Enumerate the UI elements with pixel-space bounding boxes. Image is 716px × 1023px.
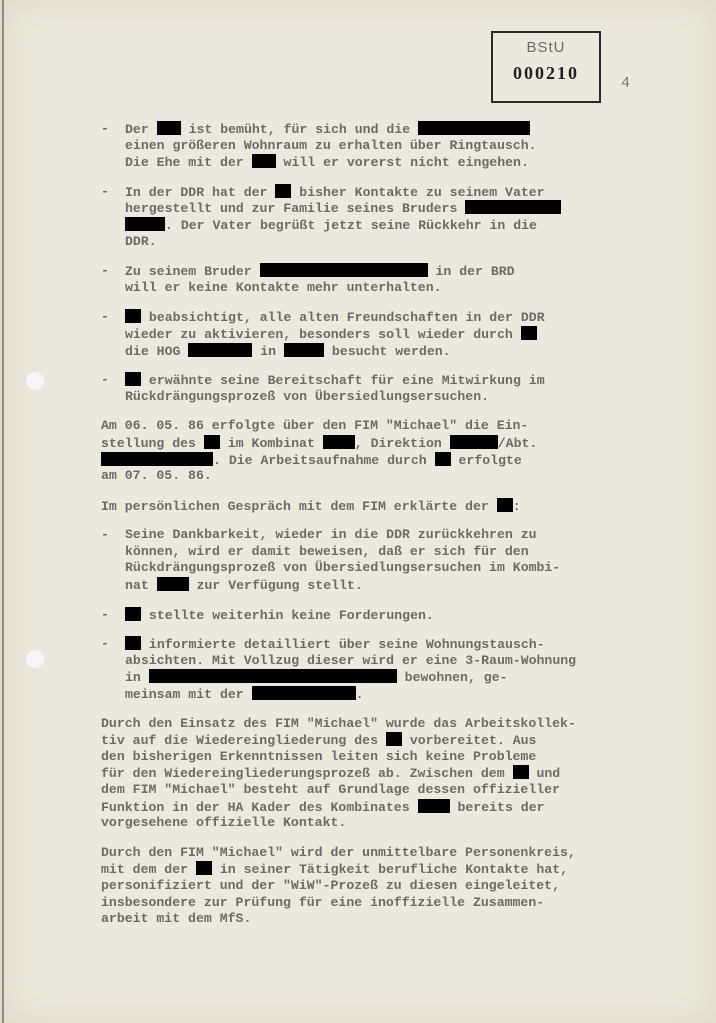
text-line: will er keine Kontakte mehr unterhalten. (125, 280, 641, 297)
redaction-block (386, 732, 402, 746)
text-line: vorgesehene offizielle Kontakt. (101, 815, 641, 832)
text-line: hergestellt und zur Familie seines Brude… (125, 200, 641, 217)
redaction-block (521, 326, 537, 340)
bullet-dash: - (101, 309, 109, 326)
stamp-archive-label: BStU (493, 39, 599, 56)
redaction-block (323, 435, 355, 449)
redaction-block (196, 861, 212, 875)
text-line: absichten. Mit Vollzug dieser wird er ei… (125, 653, 641, 670)
text-line: einen größeren Wohnraum zu erhalten über… (125, 138, 641, 155)
punch-hole (26, 372, 44, 390)
paragraph: Am 06. 05. 86 erfolgte über den FIM "Mic… (101, 418, 641, 484)
page-number: 4 (621, 75, 630, 92)
text-line: personifiziert und der "WiW"-Prozeß zu d… (101, 878, 641, 895)
punch-hole (26, 650, 44, 668)
text-line: . Der Vater begrüßt jetzt seine Rückkehr… (125, 217, 641, 234)
text-line: beabsichtigt, alle alten Freundschaften … (125, 309, 641, 326)
redaction-block (275, 184, 291, 198)
text-line: erwähnte seine Bereitschaft für eine Mit… (125, 372, 641, 389)
paragraph: Im persönlichen Gespräch mit dem FIM erk… (101, 498, 641, 515)
text-line: Funktion in der HA Kader des Kombinates … (101, 799, 641, 816)
redaction-block (125, 372, 141, 386)
text-line: Die Ehe mit der will er vorerst nicht ei… (125, 154, 641, 171)
text-line: in bewohnen, ge- (125, 669, 641, 686)
bullet-item: - informierte detailliert über seine Woh… (101, 636, 641, 702)
text-line: den bisherigen Erkenntnissen leiten sich… (101, 749, 641, 766)
redaction-block (125, 636, 141, 650)
text-line: Der ist bemüht, für sich und die (125, 121, 641, 138)
paragraph: Durch den FIM "Michael" wird der unmitte… (101, 845, 641, 928)
redaction-block (450, 435, 498, 449)
text-line: arbeit mit dem MfS. (101, 911, 641, 928)
redaction-block (157, 577, 189, 591)
bullet-item: -Seine Dankbarkeit, wieder in die DDR zu… (101, 527, 641, 593)
text-line: wieder zu aktivieren, besonders soll wie… (125, 326, 641, 343)
text-line: In der DDR hat der bisher Kontakte zu se… (125, 184, 641, 201)
text-line: . Die Arbeitsaufnahme durch erfolgte (101, 452, 641, 469)
redaction-block (260, 263, 428, 277)
text-line: können, wird er damit beweisen, daß er s… (125, 544, 641, 561)
text-line: Rückdrängungsprozeß von Übersiedlungsers… (125, 389, 641, 406)
redaction-block (101, 452, 213, 466)
text-line: nat zur Verfügung stellt. (125, 577, 641, 594)
bullet-dash: - (101, 372, 109, 389)
redaction-block (513, 765, 529, 779)
archive-stamp: BStU 000210 (491, 31, 601, 103)
text-line: für den Wiedereingliederungsprozeß ab. Z… (101, 765, 641, 782)
redaction-block (157, 121, 181, 135)
bullet-dash: - (101, 121, 109, 138)
text-line: Im persönlichen Gespräch mit dem FIM erk… (101, 498, 641, 515)
text-line: meinsam mit der . (125, 686, 641, 703)
redaction-block (125, 309, 141, 323)
text-line: die HOG in besucht werden. (125, 343, 641, 360)
redaction-block (149, 669, 397, 683)
redaction-block (188, 343, 252, 357)
text-line: Rückdrängungsprozeß von Übersiedlungsers… (125, 560, 641, 577)
redaction-block (125, 607, 141, 621)
stamp-number: 000210 (493, 63, 599, 84)
text-line: informierte detailliert über seine Wohnu… (125, 636, 641, 653)
redaction-block (435, 452, 451, 466)
redaction-block (252, 154, 276, 168)
redaction-block (497, 498, 513, 512)
paragraph: Durch den Einsatz des FIM "Michael" wurd… (101, 716, 641, 832)
bullet-dash: - (101, 184, 109, 201)
text-line: mit dem der in seiner Tätigkeit beruflic… (101, 861, 641, 878)
document-page: BStU 000210 4 -Der ist bemüht, für sich … (2, 0, 716, 1023)
bullet-dash: - (101, 607, 109, 624)
bullet-dash: - (101, 263, 109, 280)
bullet-item: -Zu seinem Bruder in der BRDwill er kein… (101, 263, 641, 296)
bullet-dash: - (101, 636, 109, 653)
text-line: DDR. (125, 234, 641, 251)
bullet-item: -Der ist bemüht, für sich und die einen … (101, 121, 641, 171)
redaction-block (204, 435, 220, 449)
bullet-item: - erwähnte seine Bereitschaft für eine M… (101, 372, 641, 405)
redaction-block (418, 799, 450, 813)
bullet-item: -In der DDR hat der bisher Kontakte zu s… (101, 184, 641, 250)
text-line: dem FIM "Michael" besteht auf Grundlage … (101, 782, 641, 799)
text-line: stellung des im Kombinat , Direktion /Ab… (101, 435, 641, 452)
text-line: tiv auf die Wiedereingliederung des vorb… (101, 732, 641, 749)
redaction-block (284, 343, 324, 357)
redaction-block (252, 686, 356, 700)
text-line: Durch den FIM "Michael" wird der unmitte… (101, 845, 641, 862)
text-line: Zu seinem Bruder in der BRD (125, 263, 641, 280)
text-line: Am 06. 05. 86 erfolgte über den FIM "Mic… (101, 418, 641, 435)
document-body: -Der ist bemüht, für sich und die einen … (101, 121, 641, 941)
text-line: stellte weiterhin keine Forderungen. (125, 607, 641, 624)
bullet-dash: - (101, 527, 109, 544)
redaction-block (418, 121, 530, 135)
bullet-item: - beabsichtigt, alle alten Freundschafte… (101, 309, 641, 359)
redaction-block (125, 217, 165, 231)
text-line: Durch den Einsatz des FIM "Michael" wurd… (101, 716, 641, 733)
text-line: insbesondere zur Prüfung für eine inoffi… (101, 895, 641, 912)
redaction-block (465, 200, 561, 214)
bullet-item: - stellte weiterhin keine Forderungen. (101, 607, 641, 624)
text-line: Seine Dankbarkeit, wieder in die DDR zur… (125, 527, 641, 544)
text-line: am 07. 05. 86. (101, 468, 641, 485)
